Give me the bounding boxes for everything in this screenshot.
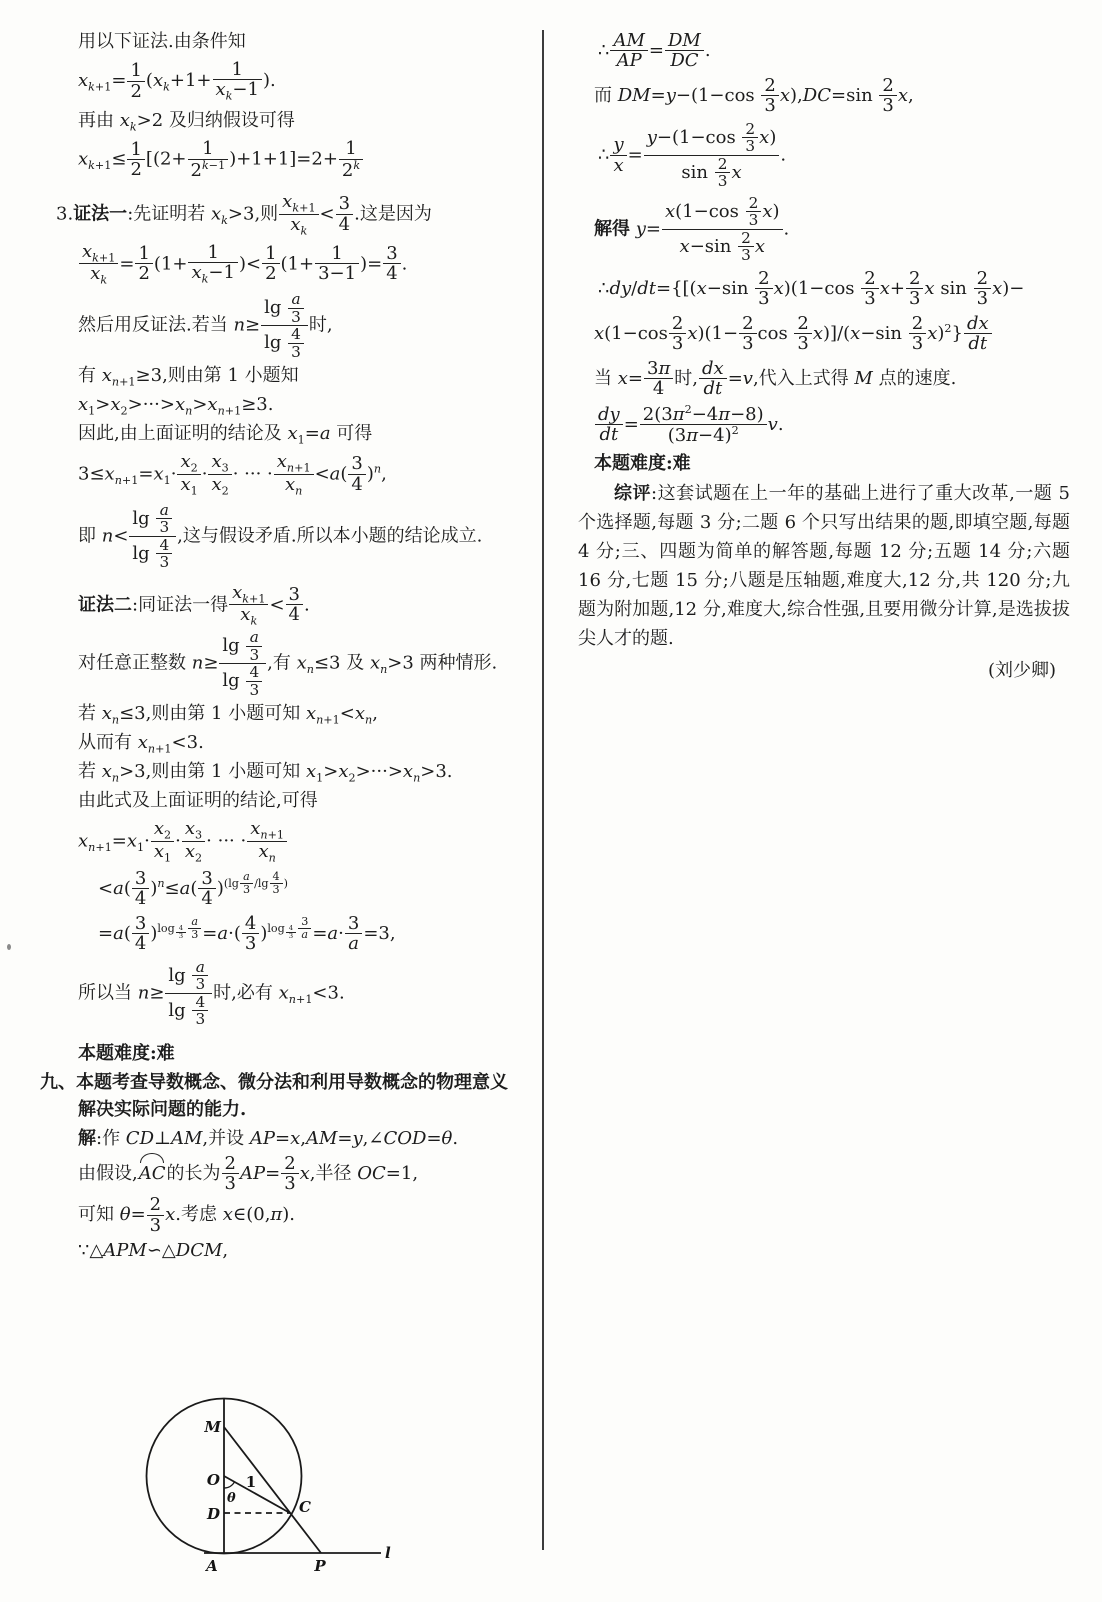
scan-speck (7, 944, 11, 950)
figure-label-A: A (204, 1557, 218, 1575)
formula-line: xk+1=12(xk+1+1xk−1). (40, 60, 524, 102)
text-line: 3.证法一:先证明若 xk>3,则xk+1xk<34.这是因为 (40, 192, 524, 237)
text-line: 本题难度:难 (578, 450, 1070, 477)
formula-line: ∴dy/dt={[(x−sin 23x)(1−cos 23x+23x sin 2… (578, 269, 1070, 309)
text-line: (刘少卿) (578, 657, 1070, 684)
text-line: 所以当 n≥lg a3lg 43时,必有 xn+1<3. (40, 959, 524, 1028)
right-column: ∴AMAP=DMDC.而 DM=y−(1−cos 23x),DC=sin 23x… (578, 26, 1070, 686)
text-line: 而 DM=y−(1−cos 23x),DC=sin 23x, (578, 76, 1070, 116)
figure-label-l: l (385, 1544, 391, 1562)
text-line: 若 xn>3,则由第 1 小题可知 x1>x2>···>xn>3. (40, 758, 524, 785)
figure-label-D: D (206, 1505, 220, 1523)
text-line: 有 xn+1≥3,则由第 1 小题知 (40, 362, 524, 389)
column-divider (542, 30, 544, 1550)
left-column: 用以下证法.由条件知xk+1=12(xk+1+1xk−1).再由 xk>2 及归… (40, 26, 524, 1266)
formula-line: xk+1xk=12(1+1xk−1)<12(1+13−1)=34. (40, 242, 524, 287)
text-line: 然后用反证法.若当 n≥lg a3lg 43时, (40, 291, 524, 360)
formula-line: 3≤xn+1=x1·x2x1·x3x2· ··· ·xn+1xn<a(34)n, (40, 452, 524, 497)
formula-line: xn+1=x1·x2x1·x3x2· ··· ·xn+1xn (40, 819, 524, 864)
figure-label-radius: 1 (246, 1473, 256, 1491)
text-line: 九、本题考查导数概念、微分法和利用导数概念的物理意义解决实际问题的能力. (40, 1069, 524, 1123)
text-line: 证法二:同证法一得xk+1xk<34. (40, 583, 524, 628)
formula-line: 解得 y=x(1−cos 23x)x−sin 23x. (578, 195, 1070, 264)
text-line: 若 xn≤3,则由第 1 小题可知 xn+1<xn, (40, 700, 524, 727)
text-line: 当 x=3π4时,dxdt=v,代入上式得 M 点的速度. (578, 359, 1070, 399)
figure-label-theta: θ (227, 1491, 236, 1506)
figure-label-O: O (207, 1471, 220, 1489)
figure-label-M: M (203, 1418, 221, 1436)
text-line: 对任意正整数 n≥lg a3lg 43,有 xn≤3 及 xn>3 两种情形. (40, 629, 524, 698)
geometry-figure: M O D C A P l θ 1 (143, 1392, 401, 1597)
text-line: 综评:这套试题在上一年的基础上进行了重大改革,一题 5 个选择题,每题 3 分;… (578, 479, 1070, 653)
formula-line: xk+1≤12[(2+12k−1)+1+1]=2+12k (40, 139, 524, 180)
formula-line: =a(34)log43a3=a·(43)log433a=a·3a=3, (40, 914, 524, 954)
figure-svg: M O D C A P l θ 1 (143, 1392, 401, 1597)
text-line: 由此式及上面证明的结论,可得 (40, 787, 524, 814)
text-line: 用以下证法.由条件知 (40, 28, 524, 55)
text-line: ∵△APM∽△DCM, (40, 1237, 524, 1264)
text-line: 因此,由上面证明的结论及 x1=a 可得 (40, 420, 524, 447)
formula-line: ∴AMAP=DMDC. (578, 31, 1070, 71)
text-line: 再由 xk>2 及归纳假设可得 (40, 107, 524, 134)
figure-label-C: C (299, 1498, 311, 1516)
text-line: x1>x2>···>xn>xn+1≥3. (40, 391, 524, 418)
figure-label-P: P (313, 1557, 326, 1575)
page: 用以下证法.由条件知xk+1=12(xk+1+1xk−1).再由 xk>2 及归… (0, 0, 1102, 1602)
text-line: 解:作 CD⊥AM,并设 AP=x,AM=y,∠COD=θ. (40, 1125, 524, 1152)
formula-line: x(1−cos23x)(1−23cos 23x)]/(x−sin 23x)2}d… (578, 314, 1070, 354)
text-line: 从而有 xn+1<3. (40, 729, 524, 756)
angle-theta-arc (224, 1482, 235, 1488)
text-line: 本题难度:难 (40, 1040, 524, 1067)
text-line: 由假设,AC的长为23AP=23x,半径 OC=1, (40, 1154, 524, 1194)
text-line: 即 n<lg a3lg 43,这与假设矛盾.所以本小题的结论成立. (40, 502, 524, 571)
line-MCP (224, 1427, 321, 1553)
formula-line: <a(34)n≤a(34)(lga3/lg43) (40, 869, 524, 909)
text-line: 可知 θ=23x.考虑 x∈(0,π). (40, 1195, 524, 1235)
formula-line: ∴yx=y−(1−cos 23x)sin 23x. (578, 121, 1070, 190)
formula-line: dydt=2(3π2−4π−8)(3π−4)2v. (578, 404, 1070, 446)
